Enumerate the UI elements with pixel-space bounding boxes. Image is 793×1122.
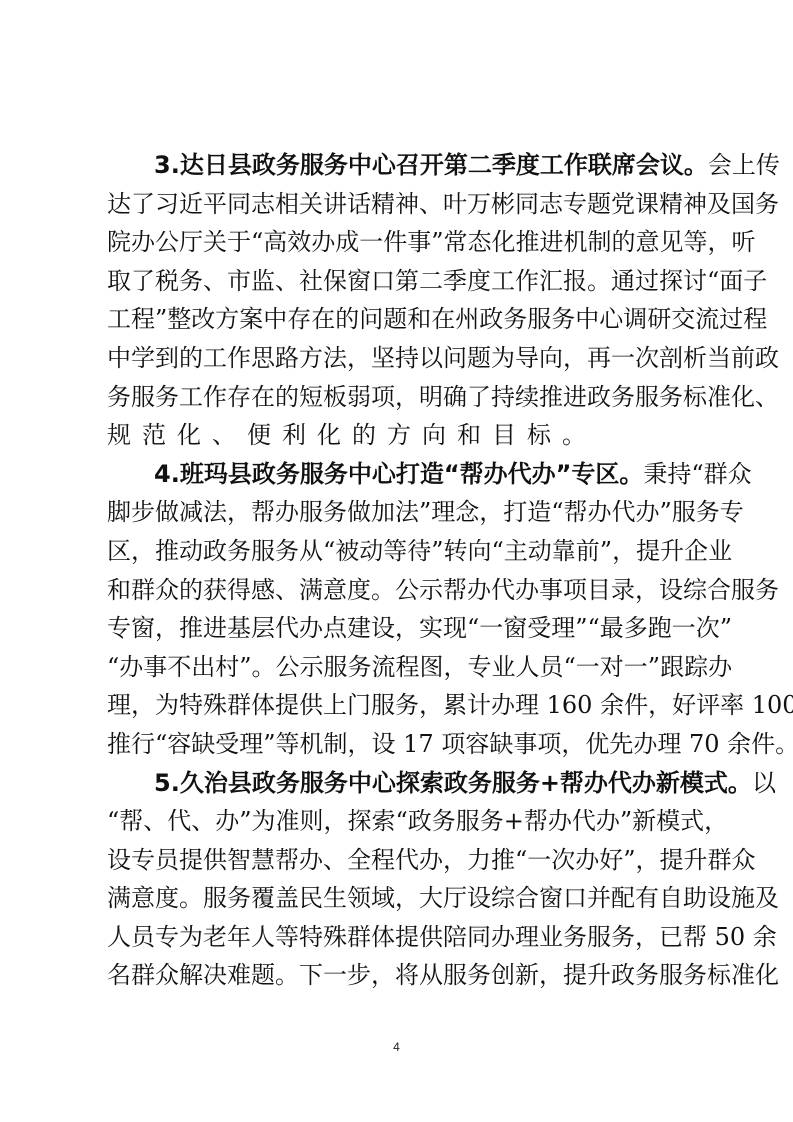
paragraph-3-line: 取了税务、市监、社保窗口第二季度工作汇报。通过探讨“面子 (107, 262, 694, 301)
paragraph-4-line: 和群众的获得感、满意度。公示帮办代办事项目录，设综合服务 (107, 571, 694, 610)
page-number: 4 (0, 1040, 793, 1054)
paragraph-3-text: 会上传 (708, 151, 780, 179)
document-body: 3.达日县政务服务中心召开第二季度工作联席会议。会上传 达了习近平同志相关讲话精… (107, 146, 694, 995)
paragraph-4-line: 理，为特殊群体提供上门服务，累计办理 160 余件，好评率 100%。 (107, 686, 694, 725)
paragraph-5-line: 人员专为老年人等特殊群体提供陪同办理业务服务，已帮 50 余 (107, 918, 694, 957)
document-page: 3.达日县政务服务中心召开第二季度工作联席会议。会上传 达了习近平同志相关讲话精… (0, 0, 793, 1122)
paragraph-4-line: 专窗，推进基层代办点建设，实现“一窗受理”“最多跑一次” (107, 609, 694, 648)
paragraph-5-text: 以 (752, 769, 776, 797)
paragraph-3-line: 院办公厅关于“高效办成一件事”常态化推进机制的意见等，听 (107, 223, 694, 262)
paragraph-3-line-1: 3.达日县政务服务中心召开第二季度工作联席会议。会上传 (107, 146, 694, 185)
paragraph-3-line: 务服务工作存在的短板弱项，明确了持续推进政务服务标准化、 (107, 378, 694, 417)
paragraph-4-line: “办事不出村”。公示服务流程图，专业人员“一对一”跟踪办 (107, 648, 694, 687)
paragraph-4-line: 区，推动政务服务从“被动等待”转向“主动靠前”，提升企业 (107, 532, 694, 571)
paragraph-5-line: 设专员提供智慧帮办、全程代办，力推“一次办好”，提升群众 (107, 841, 694, 880)
paragraph-4-line: 推行“容缺受理”等机制，设 17 项容缺事项，优先办理 70 余件。 (107, 725, 694, 764)
paragraph-5-line-1: 5.久治县政务服务中心探索政务服务+帮办代办新模式。以 (107, 764, 694, 803)
paragraph-3-line: 工程”整改方案中存在的问题和在州政务服务中心调研交流过程 (107, 300, 694, 339)
paragraph-4-line: 脚步做减法，帮办服务做加法”理念，打造“帮办代办”服务专 (107, 493, 694, 532)
paragraph-5-line: “帮、代、办”为准则，探索“政务服务+帮办代办”新模式， (107, 802, 694, 841)
paragraph-4-text: 秉持“群众 (643, 460, 751, 488)
paragraph-5-line: 名群众解决难题。下一步，将从服务创新，提升政务服务标准化 (107, 956, 694, 995)
paragraph-3-line: 中学到的工作思路方法，坚持以问题为导向，再一次剖析当前政 (107, 339, 694, 378)
paragraph-5-line: 满意度。服务覆盖民生领域，大厅设综合窗口并配有自助设施及 (107, 879, 694, 918)
paragraph-5-heading: 5.久治县政务服务中心探索政务服务+帮办代办新模式。 (154, 769, 752, 797)
paragraph-4-heading: 4.班玛县政务服务中心打造“帮办代办”专区。 (154, 460, 643, 488)
paragraph-4-line-1: 4.班玛县政务服务中心打造“帮办代办”专区。秉持“群众 (107, 455, 694, 494)
paragraph-3-heading: 3.达日县政务服务中心召开第二季度工作联席会议。 (154, 151, 708, 179)
paragraph-3-line: 规范化、便利化的方向和目标。 (107, 416, 694, 455)
paragraph-3-line: 达了习近平同志相关讲话精神、叶万彬同志专题党课精神及国务 (107, 185, 694, 224)
